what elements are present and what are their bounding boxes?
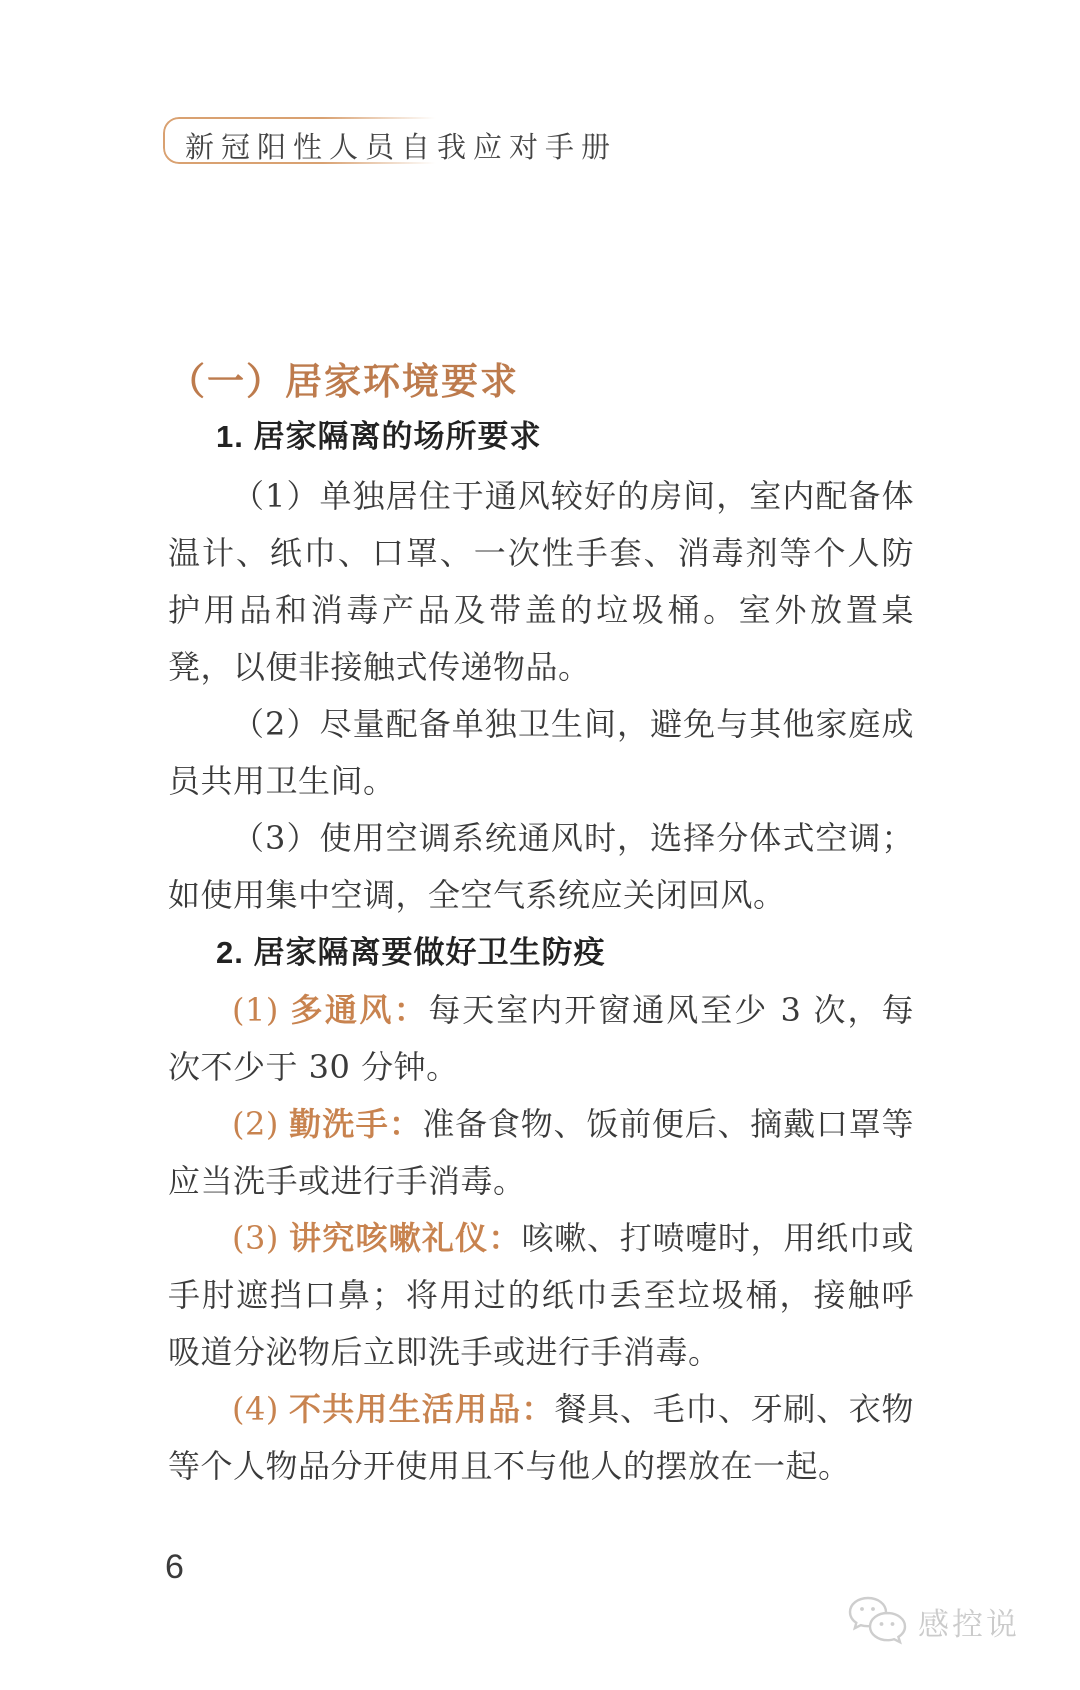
watermark-label: 感控说 xyxy=(918,1599,1020,1644)
item-4-number: (4) xyxy=(232,1390,279,1428)
paragraph-living-room: （1）单独居住于通风较好的房间，室内配备体温计、纸巾、口罩、一次性手套、消毒剂等… xyxy=(168,468,914,696)
subsection-1-title: 1. 居家隔离的场所要求 xyxy=(216,416,914,458)
item-2-text: 准备食物、饭前便后、摘戴口罩等应当洗手或进行手消毒。 xyxy=(168,1105,914,1200)
wechat-bubbles-icon xyxy=(846,1594,908,1648)
item-3-text: 咳嗽、打喷嚏时，用纸巾或手肘遮挡口鼻；将用过的纸巾丢至垃圾桶，接触呼吸道分泌物后… xyxy=(168,1219,914,1371)
item-1-number: (1) xyxy=(232,991,279,1029)
page-content: （一）居家环境要求 1. 居家隔离的场所要求 （1）单独居住于通风较好的房间，室… xyxy=(168,358,914,1495)
item-4-label: 不共用生活用品： xyxy=(289,1391,555,1427)
handbook-page: 新冠阳性人员自我应对手册 （一）居家环境要求 1. 居家隔离的场所要求 （1）单… xyxy=(0,0,1080,1690)
item-2-label: 勤洗手： xyxy=(289,1106,423,1142)
watermark: 感控说 xyxy=(846,1594,1020,1648)
item-3-label: 讲究咳嗽礼仪： xyxy=(289,1220,522,1256)
item-cough-etiquette: (3)讲究咳嗽礼仪：咳嗽、打喷嚏时，用纸巾或手肘遮挡口鼻；将用过的纸巾丢至垃圾桶… xyxy=(168,1210,914,1381)
paragraph-air-conditioning: （3）使用空调系统通风时，选择分体式空调；如使用集中空调，全空气系统应关闭回风。 xyxy=(168,810,914,924)
item-1-label: 多通风： xyxy=(289,992,428,1028)
paragraph-bathroom: （2）尽量配备单独卫生间，避免与其他家庭成员共用卫生间。 xyxy=(168,696,914,810)
page-number: 6 xyxy=(165,1548,184,1587)
item-2-number: (2) xyxy=(232,1105,279,1143)
subsection-2-title: 2. 居家隔离要做好卫生防疫 xyxy=(216,932,914,974)
page-header: 新冠阳性人员自我应对手册 xyxy=(163,117,617,167)
section-title: （一）居家环境要求 xyxy=(168,358,914,404)
item-no-sharing: (4)不共用生活用品：餐具、毛巾、牙刷、衣物等个人物品分开使用且不与他人的摆放在… xyxy=(168,1381,914,1495)
item-hand-washing: (2)勤洗手：准备食物、饭前便后、摘戴口罩等应当洗手或进行手消毒。 xyxy=(168,1096,914,1210)
item-3-number: (3) xyxy=(232,1219,279,1257)
header-title: 新冠阳性人员自我应对手册 xyxy=(163,117,617,166)
item-1-text: 每天室内开窗通风至少 3 次，每次不少于 30 分钟。 xyxy=(168,991,914,1086)
item-ventilation: (1)多通风：每天室内开窗通风至少 3 次，每次不少于 30 分钟。 xyxy=(168,982,914,1096)
